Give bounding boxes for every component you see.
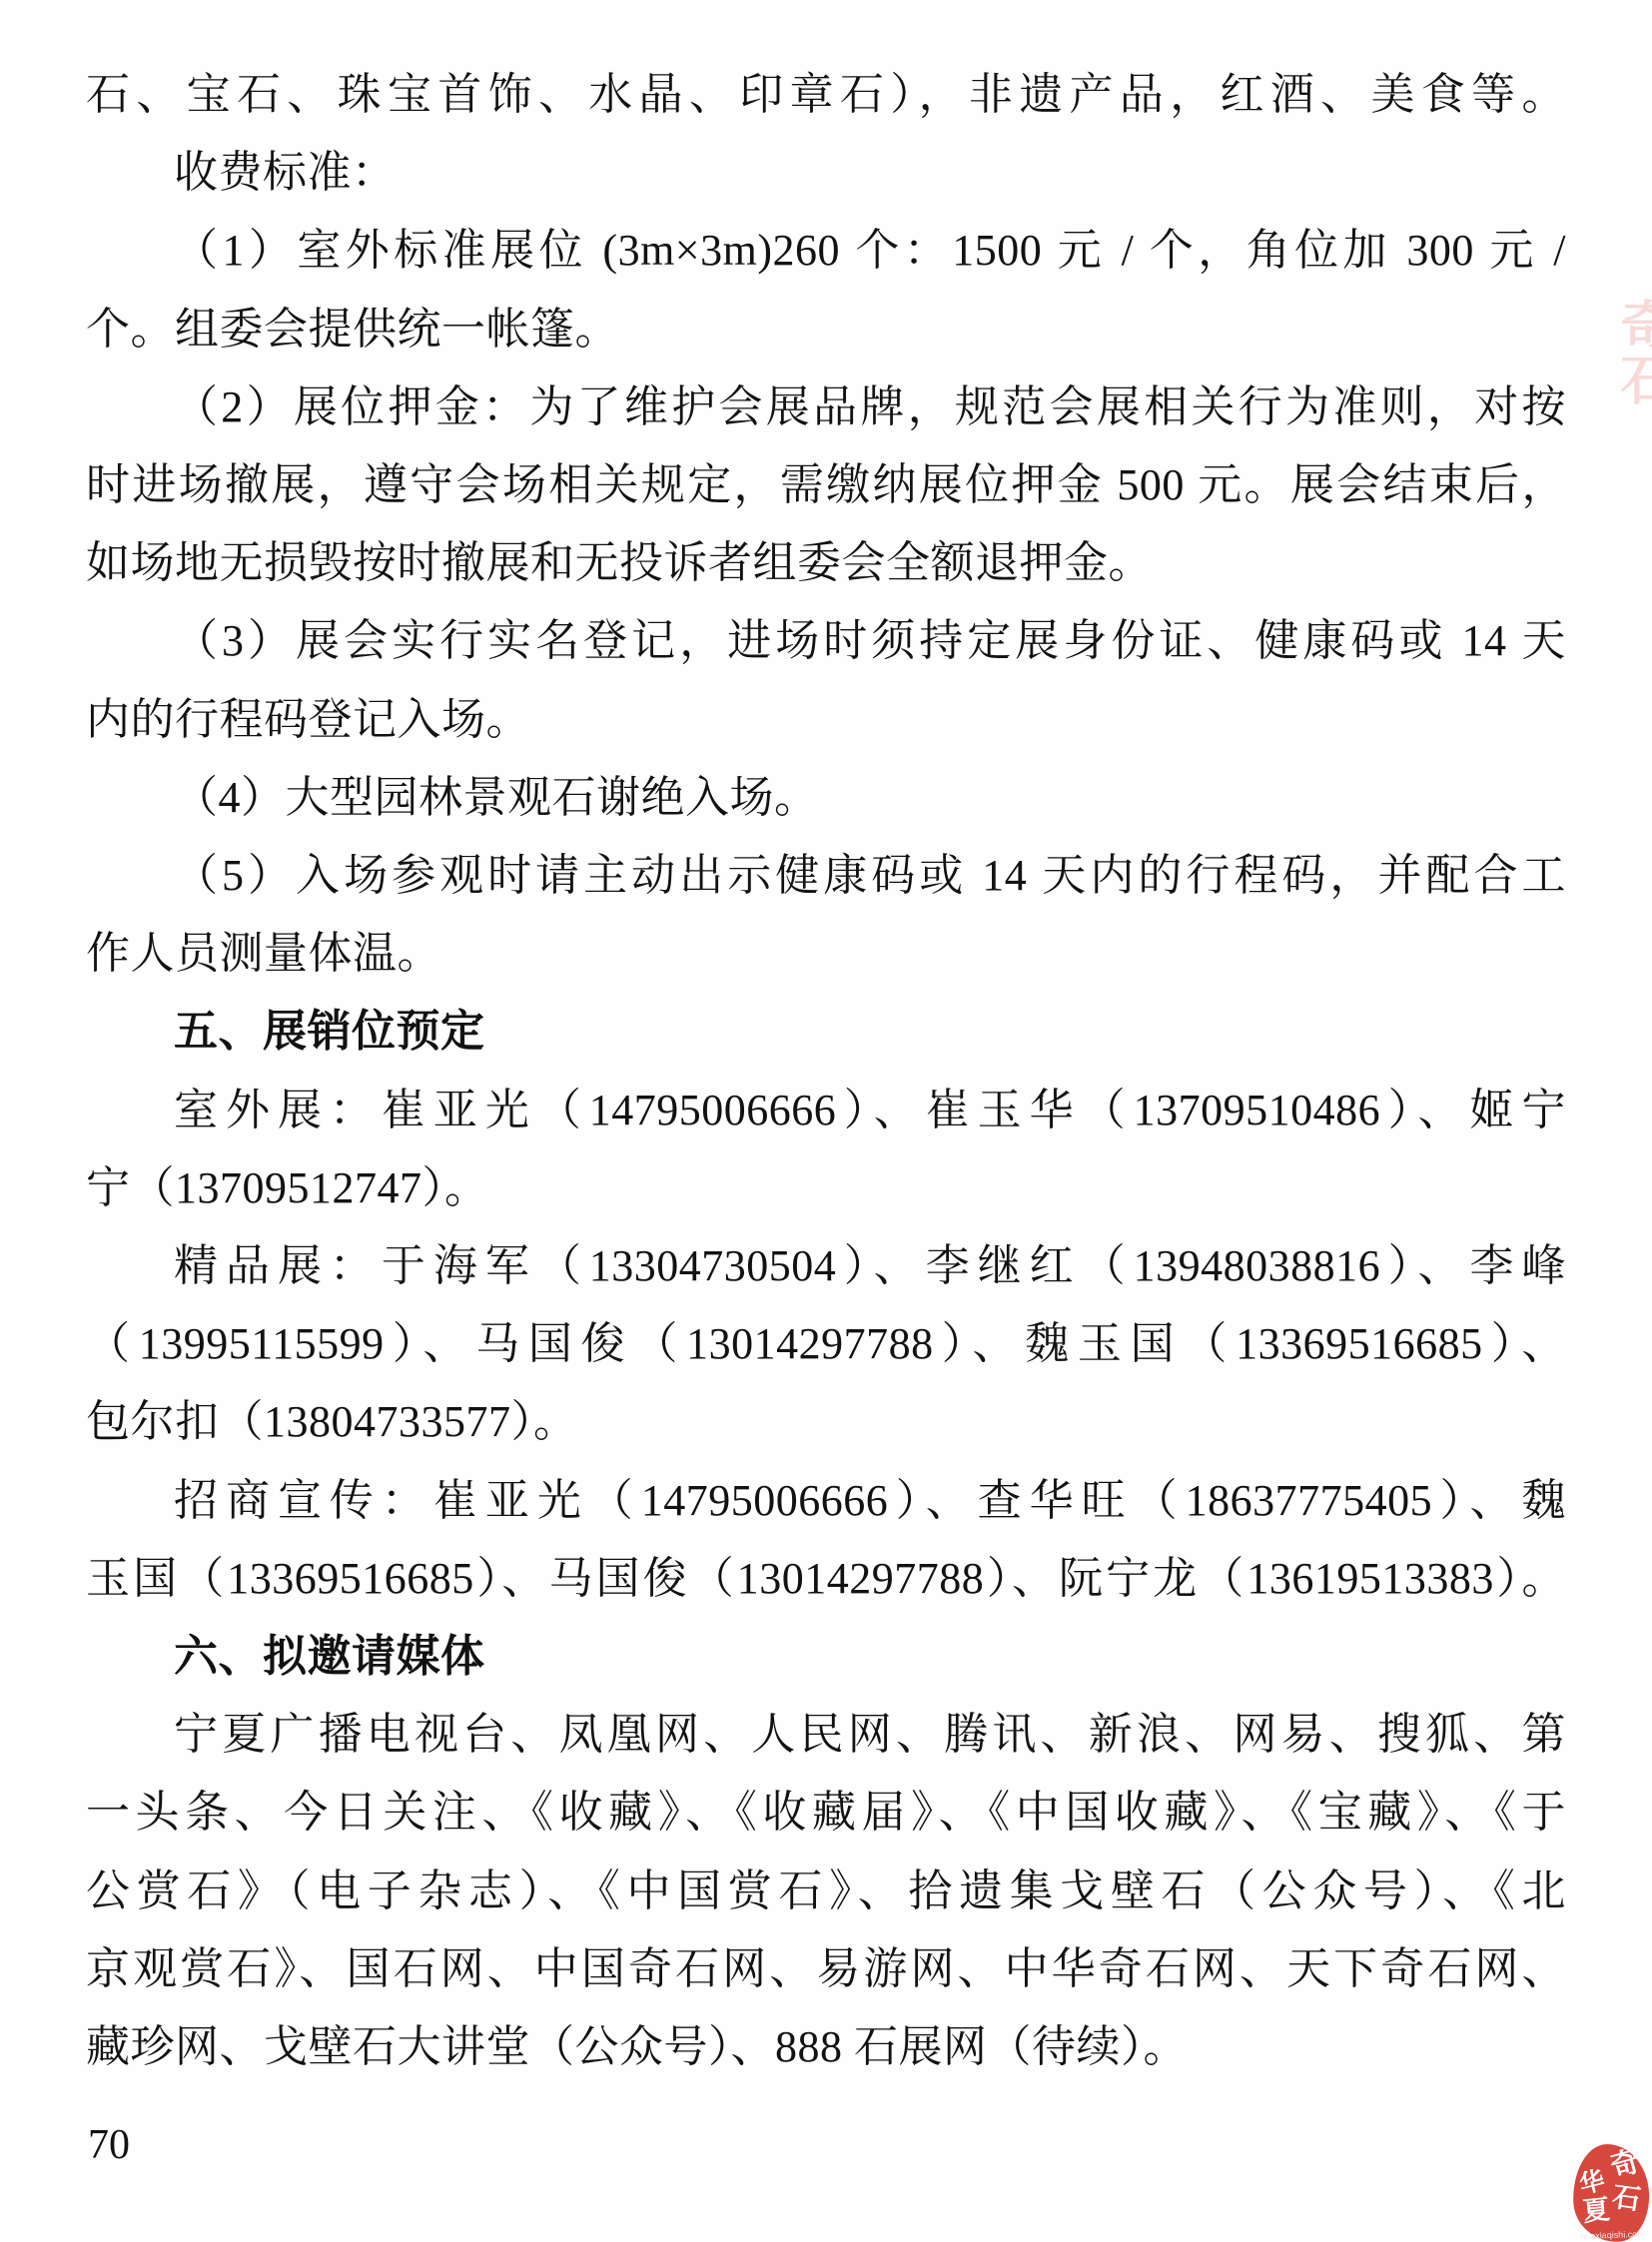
text-line: 宁夏广播电视台、凤凰网、人民网、腾讯、新浪、网易、搜狐、第: [86, 1696, 1566, 1774]
text-line: 内的行程码登记入场。: [86, 681, 1566, 759]
text-line: 精品展：于海军（13304730504）、李继红（13948038816）、李峰: [86, 1227, 1566, 1305]
text-line: 室外展：崔亚光（14795006666）、崔玉华（13709510486）、姬宁: [86, 1072, 1566, 1149]
publisher-seal-logo: 华 奇 夏 石 huaxiaqishi.com: [1571, 2143, 1650, 2242]
page-number: 70: [88, 2115, 130, 2175]
text-line: 石、宝石、珠宝首饰、水晶、印章石），非遗产品，红酒、美食等。: [86, 56, 1566, 134]
text-line: 藏珍网、戈壁石大讲堂（公众号）、888 石展网（待续）。: [86, 2008, 1566, 2086]
text-line: 公赏石》（电子杂志）、《中国赏石》、拾遗集戈壁石（公众号）、《北: [86, 1853, 1566, 1930]
text-line: （1）室外标准展位 (3m×3m)260 个：1500 元 / 个，角位加 30…: [86, 212, 1566, 290]
section-heading: 六、拟邀请媒体: [86, 1618, 1566, 1696]
text-line: 如场地无损毁按时撤展和无投诉者组委会全额退押金。: [86, 524, 1566, 602]
text-line: 一头条、今日关注、《收藏》、《收藏届》、《中国收藏》、《宝藏》、《于: [86, 1774, 1566, 1852]
text-line: （2）展位押金：为了维护会展品牌，规范会展相关行为准则，对按: [86, 369, 1566, 446]
text-line: （4）大型园林景观石谢绝入场。: [86, 759, 1566, 837]
text-line: （3）展会实行实名登记，进场时须持定展身份证、健康码或 14 天: [86, 602, 1566, 680]
seal-char: 石: [1610, 2184, 1642, 2216]
text-line: 包尔扣（13804733577）。: [86, 1383, 1566, 1461]
text-line: （5）入场参观时请主动出示健康码或 14 天内的行程码，并配合工: [86, 837, 1566, 915]
text-line: 收费标准：: [86, 134, 1566, 212]
text-block: 石、宝石、珠宝首饰、水晶、印章石），非遗产品，红酒、美食等。 收费标准： （1）…: [86, 56, 1566, 2086]
text-line: 个。组委会提供统一帐篷。: [86, 291, 1566, 369]
text-line: 玉国（13369516685）、马国俊（13014297788）、阮宁龙（136…: [86, 1540, 1566, 1618]
text-line: 时进场撤展，遵守会场相关规定，需缴纳展位押金 500 元。展会结束后，: [86, 446, 1566, 524]
seal-url-text: huaxiaqishi.com: [1574, 2229, 1650, 2242]
section-heading: 五、展销位预定: [86, 993, 1566, 1071]
text-line: 宁（13709512747）。: [86, 1149, 1566, 1227]
edge-watermark-text: 奇石: [1605, 298, 1652, 405]
text-line: （13995115599）、马国俊（13014297788）、魏玉国（13369…: [86, 1305, 1566, 1383]
text-line: 作人员测量体温。: [86, 915, 1566, 993]
text-line: 招商宣传：崔亚光（14795006666）、查华旺（18637775405）、魏: [86, 1462, 1566, 1540]
seal-char: 奇: [1608, 2147, 1644, 2183]
seal-char: 夏: [1581, 2196, 1611, 2226]
document-page: 石、宝石、珠宝首饰、水晶、印章石），非遗产品，红酒、美食等。 收费标准： （1）…: [0, 0, 1652, 2242]
text-line: 京观赏石》、国石网、中国奇石网、易游网、中华奇石网、天下奇石网、: [86, 1930, 1566, 2008]
